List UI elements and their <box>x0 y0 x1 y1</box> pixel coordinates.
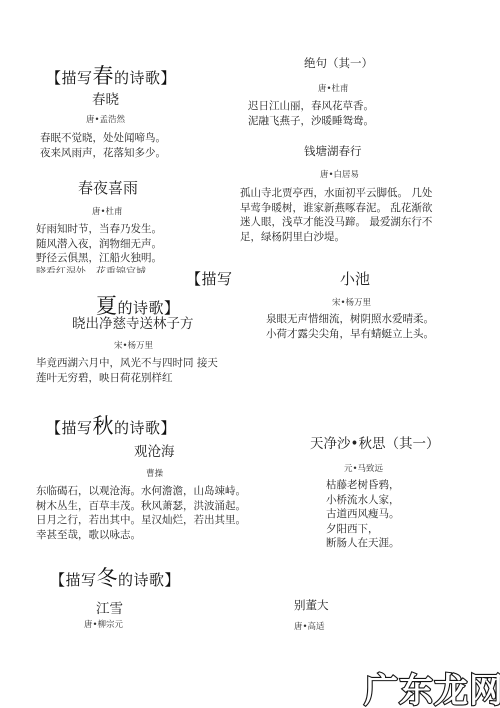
poem-line: 东临碣石，以观沧海。水何澹澹，山岛竦峙。 <box>36 484 246 499</box>
poem-line: 日月之行，若出其中。星汉灿烂，若出其里。 <box>36 513 246 528</box>
autumn-heading: 【描写秋的诗歌】 <box>46 410 176 440</box>
poem-title: 江雪 <box>96 597 123 617</box>
heading-suffix: 的诗歌】 <box>118 571 180 589</box>
poem-title: 钱塘湖春行 <box>304 143 362 159</box>
poem-author: 唐•杜甫 <box>92 205 123 217</box>
poem-title: 别董大 <box>294 597 329 613</box>
poem-body: 春眠不觉晓，处处闻啼鸟。 夜来风雨声，花落知多少。 <box>40 131 166 160</box>
poem-body: 枯藤老树昏鸦， 小桥流水人家， 古道西风瘦马。 夕阳西下， 断肠人在天涯。 <box>326 478 400 551</box>
poem-author: 曹操 <box>146 467 163 479</box>
poem-line: 迟日江山丽，春风花草香。 <box>248 99 374 114</box>
poem-line: 随风潜入夜，润物细无声。 <box>36 237 162 252</box>
poem-line: 迷人眼，浅草才能没马蹄。 最爱湖东行不 <box>240 215 432 230</box>
poem-body: 泉眼无声惜细流，树阴照水爱晴柔。 小荷才露尖尖角，早有蜻蜓立上头。 <box>266 312 434 341</box>
heading-season: 秋 <box>93 414 115 438</box>
poem-author: 宋•杨万里 <box>114 339 153 351</box>
heading-suffix: 的诗歌】 <box>114 69 176 87</box>
poem-title: 天净沙•秋思（其一） <box>310 432 439 452</box>
poem-line: 毕竟西湖六月中，风光不与四时同 接天 <box>36 356 218 371</box>
heading-season: 冬 <box>97 566 119 590</box>
poem-line: 幸甚至哉，歌以咏志。 <box>36 528 246 543</box>
poem-body: 好雨知时节，当春乃发生。 随风潜入夜，润物细无声。 野径云俱黑，江船火独明。 晓… <box>36 222 162 273</box>
heading-suffix: 的诗歌】 <box>114 419 176 437</box>
poem-line: 春眠不觉晓，处处闻啼鸟。 <box>40 131 166 146</box>
poem-author: 唐•白居易 <box>320 168 359 180</box>
poem-author: 宋•杨万里 <box>332 296 371 308</box>
poem-line: 野径云俱黑，江船火独明。 <box>36 251 162 266</box>
poem-title: 小池 <box>340 268 370 289</box>
poem-title: 晓出净慈寺送林子方 <box>72 312 194 332</box>
poem-line: 古道西风瘦马。 <box>326 507 400 522</box>
poem-author: 唐•杜甫 <box>318 82 349 94</box>
poem-title: 绝句（其一） <box>304 55 373 71</box>
heading-season: 春 <box>93 64 115 88</box>
poem-line: 夜来风雨声，花落知多少。 <box>40 146 166 161</box>
spring-heading: 【描写春的诗歌】 <box>46 60 176 90</box>
heading-prefix: 【描写 <box>50 571 97 589</box>
winter-heading: 【描写冬的诗歌】 <box>50 562 180 592</box>
poem-line: 小桥流水人家， <box>326 493 400 508</box>
poem-body: 迟日江山丽，春风花草香。 泥融飞燕子，沙暖睡鸳鸯。 <box>248 99 374 128</box>
summer-heading-part1: 【描写 <box>186 268 233 289</box>
poem-line: 泉眼无声惜细流，树阴照水爱晴柔。 <box>266 312 434 327</box>
poem-line: 断肠人在天涯。 <box>326 536 400 551</box>
poem-title: 春夜喜雨 <box>78 177 138 198</box>
poem-line: 足，绿杨阴里白沙堤。 <box>240 230 432 245</box>
poem-line: 夕阳西下， <box>326 522 400 537</box>
poem-body: 毕竟西湖六月中，风光不与四时同 接天 莲叶无穷碧，映日荷花别样红 <box>36 356 218 385</box>
poem-author: 唐•柳宗元 <box>84 618 123 630</box>
poem-line: 好雨知时节，当春乃发生。 <box>36 222 162 237</box>
poem-author: 唐•高适 <box>294 620 325 632</box>
poem-line: 莲叶无穷碧，映日荷花别样红 <box>36 371 218 386</box>
heading-prefix: 【描写 <box>46 69 93 87</box>
poem-body: 东临碣石，以观沧海。水何澹澹，山岛竦峙。 树木丛生，百草丰茂。秋风萧瑟，洪波涌起… <box>36 484 246 542</box>
poem-line: 树木丛生，百草丰茂。秋风萧瑟，洪波涌起。 <box>36 499 246 514</box>
watermark-logo: 广东龙网 <box>364 663 500 708</box>
poem-line: 小荷才露尖尖角，早有蜻蜓立上头。 <box>266 327 434 342</box>
poem-line: 早莺争暖树，谁家新燕啄春泥。 乱花渐欲 <box>240 201 432 216</box>
heading-prefix: 【描写 <box>46 419 93 437</box>
poem-line: 孤山寺北贾亭西，水面初平云脚低。 几处 <box>240 186 432 201</box>
poem-line: 枯藤老树昏鸦， <box>326 478 400 493</box>
poem-author: 元•马致远 <box>344 462 383 474</box>
poem-line: 泥融飞燕子，沙暖睡鸳鸯。 <box>248 114 374 129</box>
poem-body: 孤山寺北贾亭西，水面初平云脚低。 几处 早莺争暖树，谁家新燕啄春泥。 乱花渐欲 … <box>240 186 432 244</box>
poem-title: 观沧海 <box>134 440 175 460</box>
poem-title: 春晓 <box>92 88 119 108</box>
poem-author: 唐•孟浩然 <box>86 113 125 125</box>
poem-line-cutoff: 晓看红湿处，花重锦官城 <box>36 266 162 273</box>
